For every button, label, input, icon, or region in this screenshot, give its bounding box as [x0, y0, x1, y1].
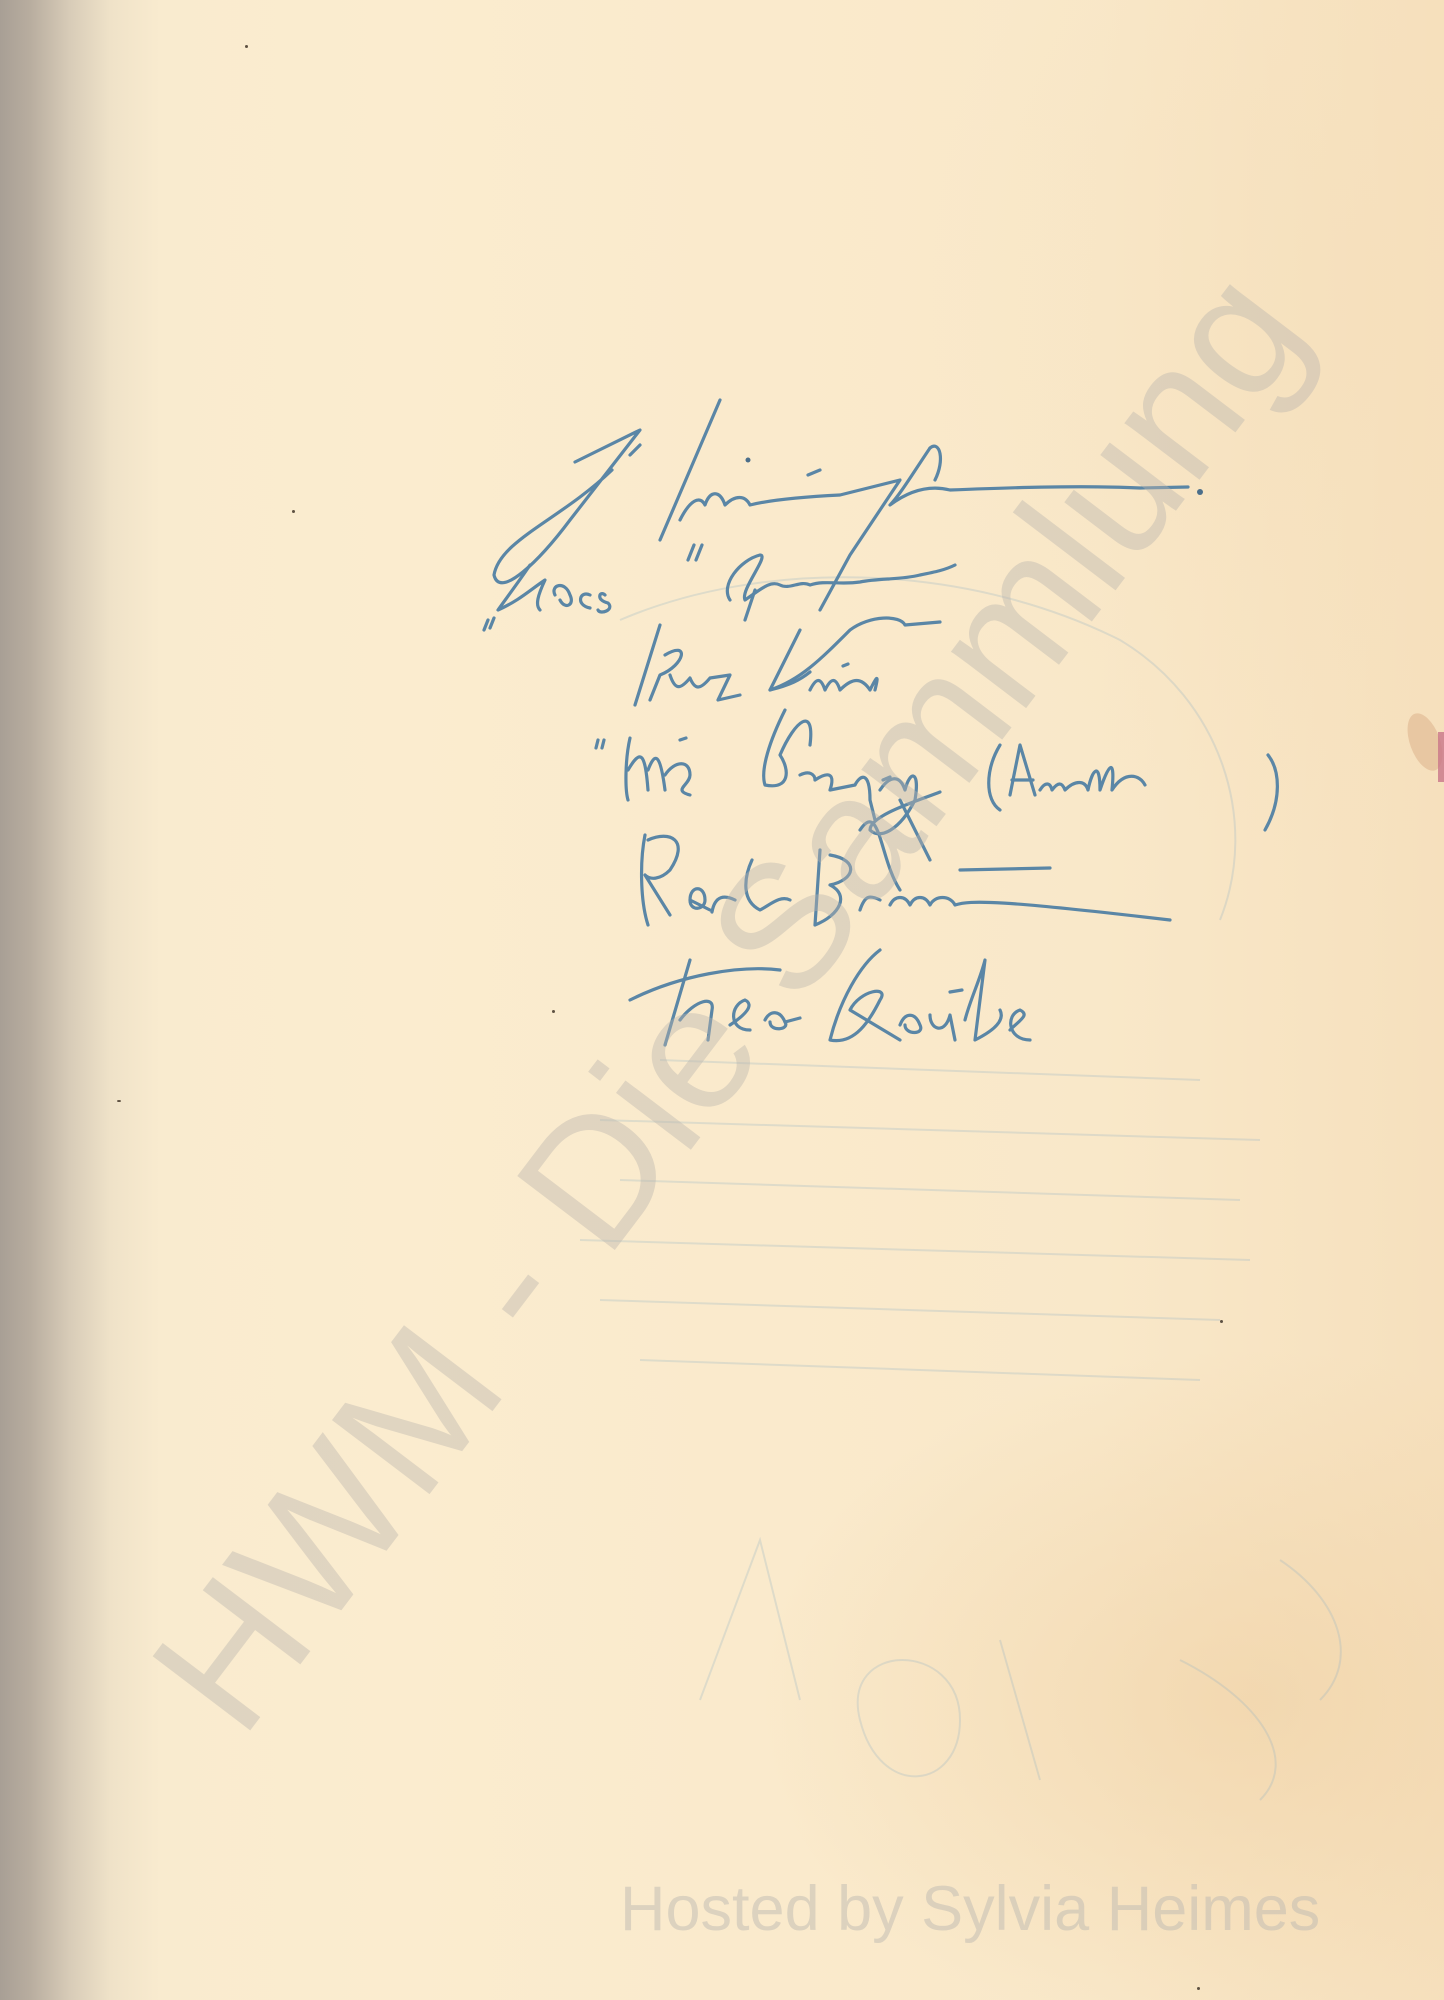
host-watermark: Hosted by Sylvia Heimes [620, 1878, 1320, 1941]
book-page: Zur Erinnerung an Zur Erinnerung an ... … [0, 0, 1444, 2000]
